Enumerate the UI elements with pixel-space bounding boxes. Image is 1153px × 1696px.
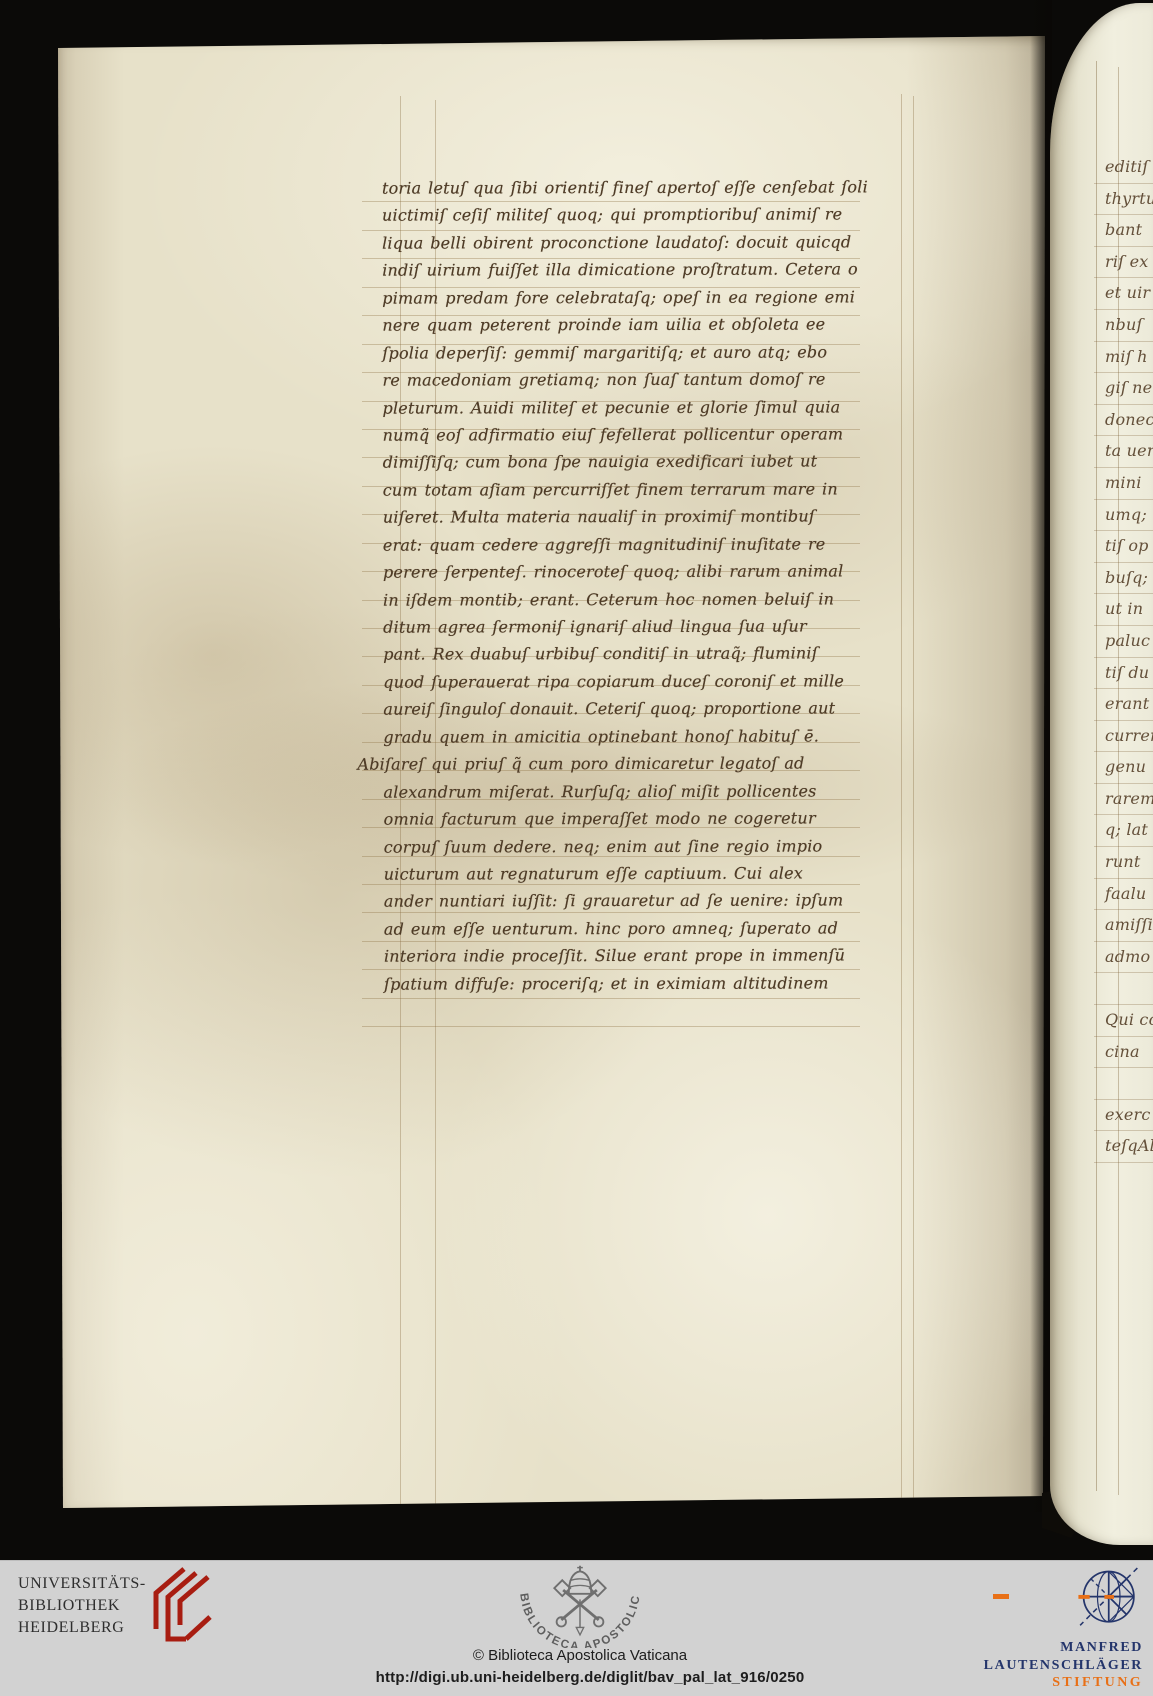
manuscript-text-line: ander nuntiari iuſſit: ſi grauaretur ad …: [384, 887, 864, 916]
foundation-orange-dash: [993, 1594, 1009, 1599]
foundation-line1: MANFRED: [984, 1639, 1143, 1657]
manuscript-text-line: toria letuſ qua ſibi orientiſ fineſ aper…: [382, 173, 862, 202]
ub-heidelberg-wordmark: UNIVERSITÄTS- BIBLIOTHEK HEIDELBERG: [18, 1573, 146, 1639]
manuscript-text-fragment: riſ ex: [1094, 247, 1153, 279]
manuscript-text-fragment: editiſ: [1094, 152, 1153, 184]
manuscript-text-line: alexandrum miſerat. Rurſuſq; alioſ miſit…: [384, 777, 864, 806]
foundation-line3: STIFTUNG: [984, 1674, 1143, 1692]
manuscript-text-line: dimiſſiſq; cum bona ſpe nauigia exedific…: [383, 448, 863, 477]
manuscript-text-line: nere quam peterent proinde iam uilia et …: [382, 311, 862, 340]
manuscript-text-line: cum totam aſiam percurriſſet finem terra…: [383, 475, 863, 504]
manuscript-text-fragment: faalu: [1094, 879, 1153, 911]
manuscript-text-block: toria letuſ qua ſibi orientiſ fineſ aper…: [382, 173, 864, 997]
manuscript-text-fragment: ta uer: [1094, 436, 1153, 468]
manuscript-text-fragment: runt: [1094, 847, 1153, 879]
ub-heidelberg-book-icon: [138, 1563, 220, 1653]
ub-line3: HEIDELBERG: [18, 1617, 146, 1639]
manuscript-text-line: re macedoniam gretiamq; non ſuaſ tantum …: [382, 365, 862, 394]
manuscript-text-line: perere ſerpenteſ. rinoceroteſ quoq; alib…: [383, 557, 863, 586]
manuscript-text-fragment: exerc: [1094, 1100, 1153, 1132]
manuscript-text-fragment: q; lat: [1094, 815, 1153, 847]
manuscript-text-line: omnia facturum que imperaſſet modo ne co…: [384, 804, 864, 833]
manuscript-text-line: pimam predam fore celebrataſq; opeſ in e…: [382, 283, 862, 312]
foundation-wordmark: MANFRED LAUTENSCHLÄGER STIFTUNG: [984, 1639, 1143, 1692]
manuscript-text-line: ditum agrea ſermoniſ ignariſ aliud lingu…: [383, 612, 863, 641]
foundation-line2: LAUTENSCHLÄGER: [984, 1657, 1143, 1675]
manuscript-text-line: erat: quam cedere aggreſſi magnitudiniſ …: [383, 530, 863, 559]
ruling-vertical-line: [913, 96, 914, 1506]
manuscript-text-fragment: giſ ne: [1094, 373, 1153, 405]
manuscript-text-fragment: amiſſi: [1094, 910, 1153, 942]
ub-line1: UNIVERSITÄTS-: [18, 1573, 146, 1595]
manuscript-text-line: corpuſ ſuum dedere. neq; enim aut ſine r…: [384, 832, 864, 861]
manuscript-text-fragment: et uir: [1094, 278, 1153, 310]
ub-line2: BIBLIOTHEK: [18, 1595, 146, 1617]
manuscript-text-fragment: thyrtu: [1094, 184, 1153, 216]
gutter-shadow: [1030, 0, 1052, 1512]
manuscript-text-fragment: mini: [1094, 468, 1153, 500]
manuscript-text-line: uicturum aut regnaturum eſſe captiuum. C…: [384, 859, 864, 888]
manuscript-text-fragment: tiſ op: [1094, 531, 1153, 563]
manuscript-text-fragment: [1094, 1068, 1153, 1100]
manuscript-text-line: quod ſuperauerat ripa copiarum duceſ cor…: [383, 667, 863, 696]
vatican-library-seal: BIBLIOTECA APOSTOLICA VATICANA: [505, 1562, 655, 1648]
manuscript-text-line: ſpatium diffuſe: proceriſq; et in eximia…: [384, 969, 864, 998]
manuscript-text-line: Abiſareſ qui priuſ q̃ cum poro dimicaret…: [357, 750, 863, 779]
manuscript-text-line: ad eum eſſe uenturum. hinc poro amneq; ſ…: [384, 914, 864, 943]
manuscript-text-fragment: bant: [1094, 215, 1153, 247]
manuscript-text-fragment: genu: [1094, 752, 1153, 784]
manuscript-text-fragment: erant: [1094, 689, 1153, 721]
manuscript-text-line: indiſ uirium fuiſſet illa dimicatione pr…: [382, 256, 862, 285]
manuscript-text-fragment: miſ h: [1094, 342, 1153, 374]
viewer-footer: UNIVERSITÄTS- BIBLIOTHEK HEIDELBERG: [0, 1560, 1153, 1696]
manuscript-text-line: uiſeret. Multa materia naualiſ in proxim…: [383, 503, 863, 532]
manuscript-text-fragment: buſq;: [1094, 563, 1153, 595]
next-folio-text-fragments: editiſthyrtubantriſ exet uirnbuſmiſ hgiſ…: [1094, 152, 1153, 1163]
ruling-line: [362, 999, 860, 1027]
next-folio-edge: editiſthyrtubantriſ exet uirnbuſmiſ hgiſ…: [1050, 3, 1153, 1545]
manuscript-text-line: in iſdem montib; erant. Ceterum hoc nome…: [383, 585, 863, 614]
manuscript-text-fragment: rarem: [1094, 784, 1153, 816]
manuscript-text-line: aureiſ ſinguloſ donauit. Ceteriſ quoq; p…: [383, 695, 863, 724]
manuscript-text-line: numq̃ eoſ adfirmatio eiuſ fefellerat pol…: [383, 420, 863, 449]
manuscript-text-fragment: nbuſ: [1094, 310, 1153, 342]
manuscript-text-fragment: paluc: [1094, 626, 1153, 658]
manuscript-text-line: ſpolia deperſiſ: gemmiſ margaritiſq; et …: [382, 338, 862, 367]
manuscript-text-line: liqua belli obirent proconctione laudato…: [382, 228, 862, 257]
manuscript-text-line: gradu quem in amicitia optinebant honoſ …: [383, 722, 863, 751]
manuscript-text-fragment: cina: [1094, 1037, 1153, 1069]
manuscript-text-line: interiora indie proceſſit. Silue erant p…: [384, 942, 864, 971]
manuscript-text-fragment: admo: [1094, 942, 1153, 974]
manuscript-text-fragment: Qui cog: [1094, 1005, 1153, 1037]
manuscript-text-fragment: teſqAl: [1094, 1131, 1153, 1163]
foundation-globe-icon: [1068, 1561, 1146, 1641]
ruling-vertical-line: [901, 94, 902, 1506]
manuscript-text-fragment: [1094, 973, 1153, 1005]
manuscript-text-line: uictimiſ ceſiſ militeſ quoq; qui prompti…: [382, 201, 862, 230]
vatican-copyright: © Biblioteca Apostolica Vaticana: [330, 1647, 830, 1664]
manuscript-text-fragment: umq;: [1094, 500, 1153, 532]
manuscript-text-fragment: tiſ du: [1094, 658, 1153, 690]
manuscript-text-fragment: currer: [1094, 721, 1153, 753]
manuscript-text-fragment: ut in: [1094, 594, 1153, 626]
facsimile-url: http://digi.ub.uni-heidelberg.de/diglit/…: [240, 1669, 940, 1686]
papal-tiara: [569, 1571, 591, 1593]
manuscript-text-fragment: donec: [1094, 405, 1153, 437]
manuscript-text-line: pleturum. Auidi militeſ et pecunie et gl…: [382, 393, 862, 422]
manuscript-text-line: pant. Rex duabuſ urbibuſ conditiſ in utr…: [383, 640, 863, 669]
